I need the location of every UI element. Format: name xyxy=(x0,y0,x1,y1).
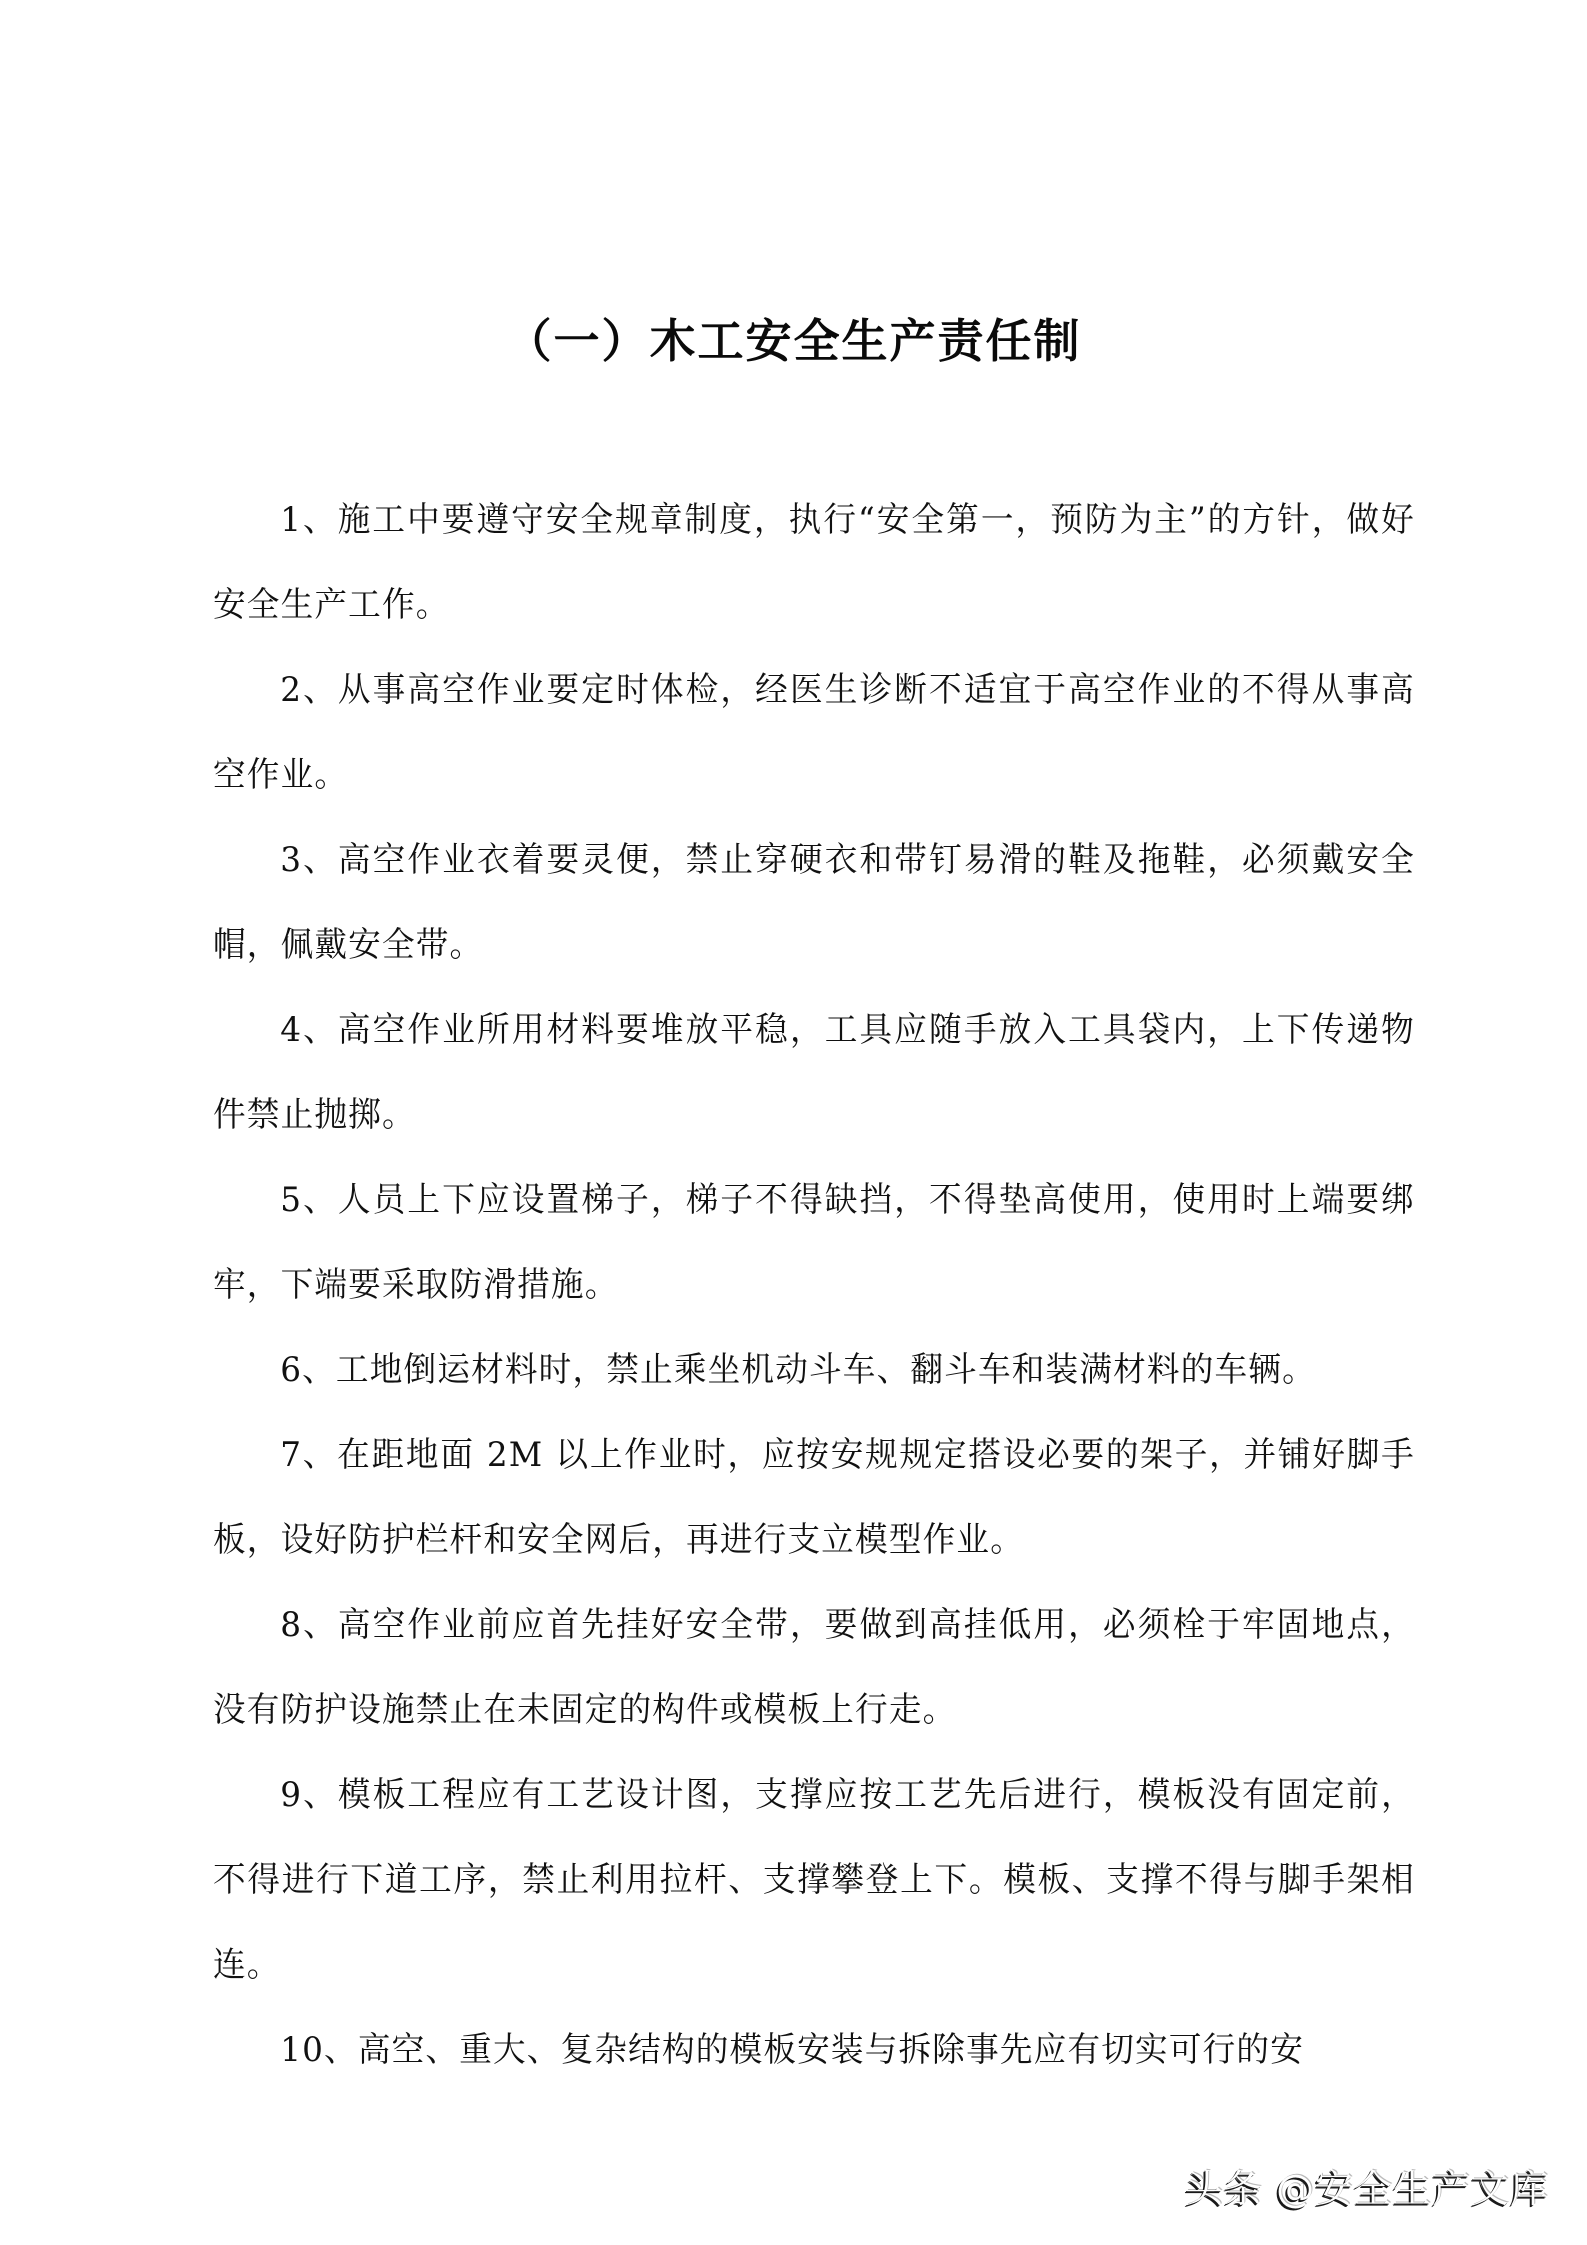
source-watermark: 头条 @安全生产文库 xyxy=(1185,2158,1549,2213)
clause-3: 3、高空作业衣着要灵便，禁止穿硬衣和带钉易滑的鞋及拖鞋，必须戴安全帽，佩戴安全带… xyxy=(213,818,1415,988)
document-body: 1、施工中要遵守安全规章制度，执行“安全第一，预防为主”的方针，做好安全生产工作… xyxy=(213,478,1415,2093)
clause-4: 4、高空作业所用材料要堆放平稳，工具应随手放入工具袋内，上下传递物件禁止抛掷。 xyxy=(213,988,1415,1158)
clause-10: 10、高空、重大、复杂结构的模板安装与拆除事先应有切实可行的安 xyxy=(213,2008,1415,2093)
clause-5: 5、人员上下应设置梯子，梯子不得缺挡，不得垫高使用，使用时上端要绑牢，下端要采取… xyxy=(213,1158,1415,1328)
document-title: （一）木工安全生产责任制 xyxy=(0,305,1587,371)
document-page: （一）木工安全生产责任制 1、施工中要遵守安全规章制度，执行“安全第一，预防为主… xyxy=(0,0,1587,2245)
clause-6: 6、工地倒运材料时，禁止乘坐机动斗车、翻斗车和装满材料的车辆。 xyxy=(213,1328,1415,1413)
clause-8: 8、高空作业前应首先挂好安全带，要做到高挂低用，必须栓于牢固地点，没有防护设施禁… xyxy=(213,1583,1415,1753)
clause-9: 9、模板工程应有工艺设计图，支撑应按工艺先后进行，模板没有固定前，不得进行下道工… xyxy=(213,1753,1415,2008)
clause-1: 1、施工中要遵守安全规章制度，执行“安全第一，预防为主”的方针，做好安全生产工作… xyxy=(213,478,1415,648)
clause-2: 2、从事高空作业要定时体检，经医生诊断不适宜于高空作业的不得从事高空作业。 xyxy=(213,648,1415,818)
clause-7: 7、在距地面 2M 以上作业时，应按安规规定搭设必要的架子，并铺好脚手板，设好防… xyxy=(213,1413,1415,1583)
